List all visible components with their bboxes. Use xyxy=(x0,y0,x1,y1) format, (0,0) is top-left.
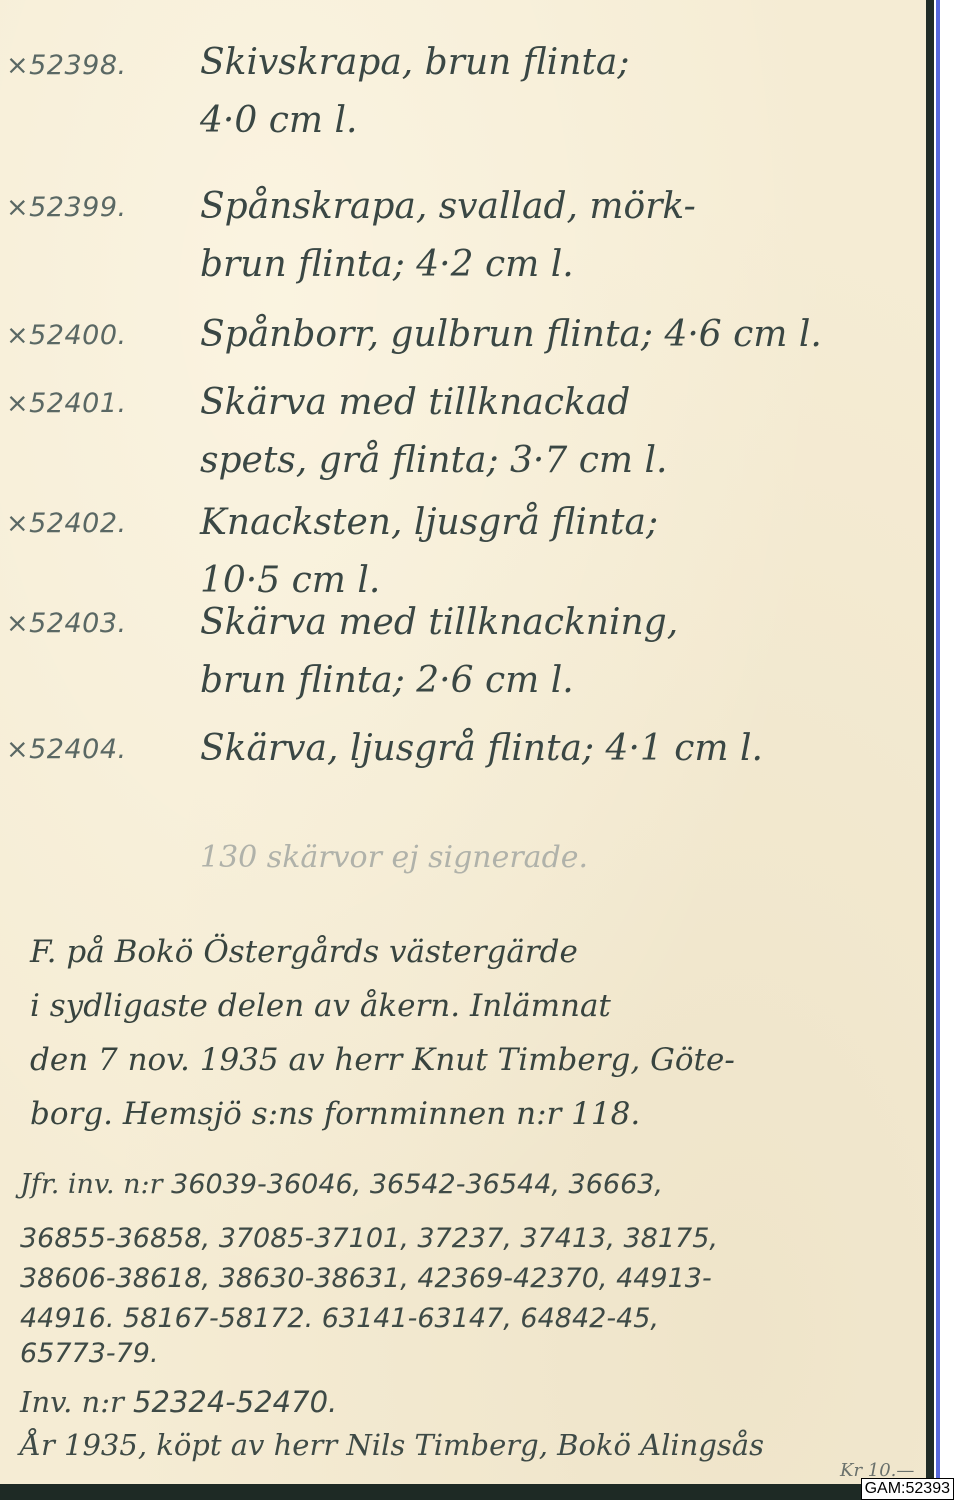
archive-id-label: GAM:52393 xyxy=(861,1478,954,1500)
reference-list: Jfr. inv. n:r 36039-36046, 36542-36544, … xyxy=(20,1165,920,1369)
entry-number: ×52400. xyxy=(6,320,127,351)
entry-number: ×52403. xyxy=(6,608,127,639)
reference-line: 38606-38618, 38630-38631, 42369-42370, 4… xyxy=(20,1259,920,1299)
reference-numbers: 36039-36046, 36542-36544, 36663, xyxy=(171,1169,663,1200)
pencil-note: 130 skärvor ej signerade. xyxy=(200,840,588,875)
entry-description: Skärva, ljusgrå flinta; 4·1 cm l. xyxy=(200,720,920,778)
acquisition-note: År 1935, köpt av herr Nils Timberg, Bokö… xyxy=(20,1428,925,1462)
inventory-label: Inv. n:r xyxy=(20,1385,124,1419)
provenance-text: F. på Bokö Östergårds västergärde i sydl… xyxy=(30,925,920,1141)
reference-line: 44916. 58167-58172. 63141-63147, 64842-4… xyxy=(20,1299,920,1339)
reference-line: 65773-79. xyxy=(20,1339,920,1369)
entry-description: Knacksten, ljusgrå flinta; 10·5 cm l. xyxy=(200,494,920,610)
entry-number: ×52398. xyxy=(6,50,127,81)
entry-number: ×52399. xyxy=(6,192,127,223)
blue-page-edge xyxy=(936,0,940,1500)
reference-lead: Jfr. inv. n:r xyxy=(20,1169,163,1200)
entry-number: ×52404. xyxy=(6,734,127,765)
book-binding-right xyxy=(926,0,934,1500)
reference-line: 36855-36858, 37085-37101, 37237, 37413, … xyxy=(20,1219,920,1259)
entry-description: Spånskrapa, svallad, mörk- brun flinta; … xyxy=(200,178,920,294)
entry-description: Skivskrapa, brun flinta; 4·0 cm l. xyxy=(200,34,920,150)
book-binding-bottom xyxy=(0,1484,934,1500)
reference-line: Jfr. inv. n:r 36039-36046, 36542-36544, … xyxy=(20,1165,920,1205)
entry-number: ×52402. xyxy=(6,508,127,539)
entry-description: Skärva med tillknackad spets, grå flinta… xyxy=(200,374,920,490)
entry-description: Spånborr, gulbrun flinta; 4·6 cm l. xyxy=(200,306,920,364)
acquisition-text: År 1935, köpt av herr Nils Timberg, Bokö… xyxy=(20,1428,764,1462)
entry-number: ×52401. xyxy=(6,388,127,419)
entry-description: Skärva med tillknackning, brun flinta; 2… xyxy=(200,594,920,710)
catalog-page: ×52398. Skivskrapa, brun flinta; 4·0 cm … xyxy=(0,0,926,1484)
inventory-numbers: 52324-52470. xyxy=(133,1385,337,1419)
inventory-range: Inv. n:r 52324-52470. xyxy=(20,1385,337,1419)
